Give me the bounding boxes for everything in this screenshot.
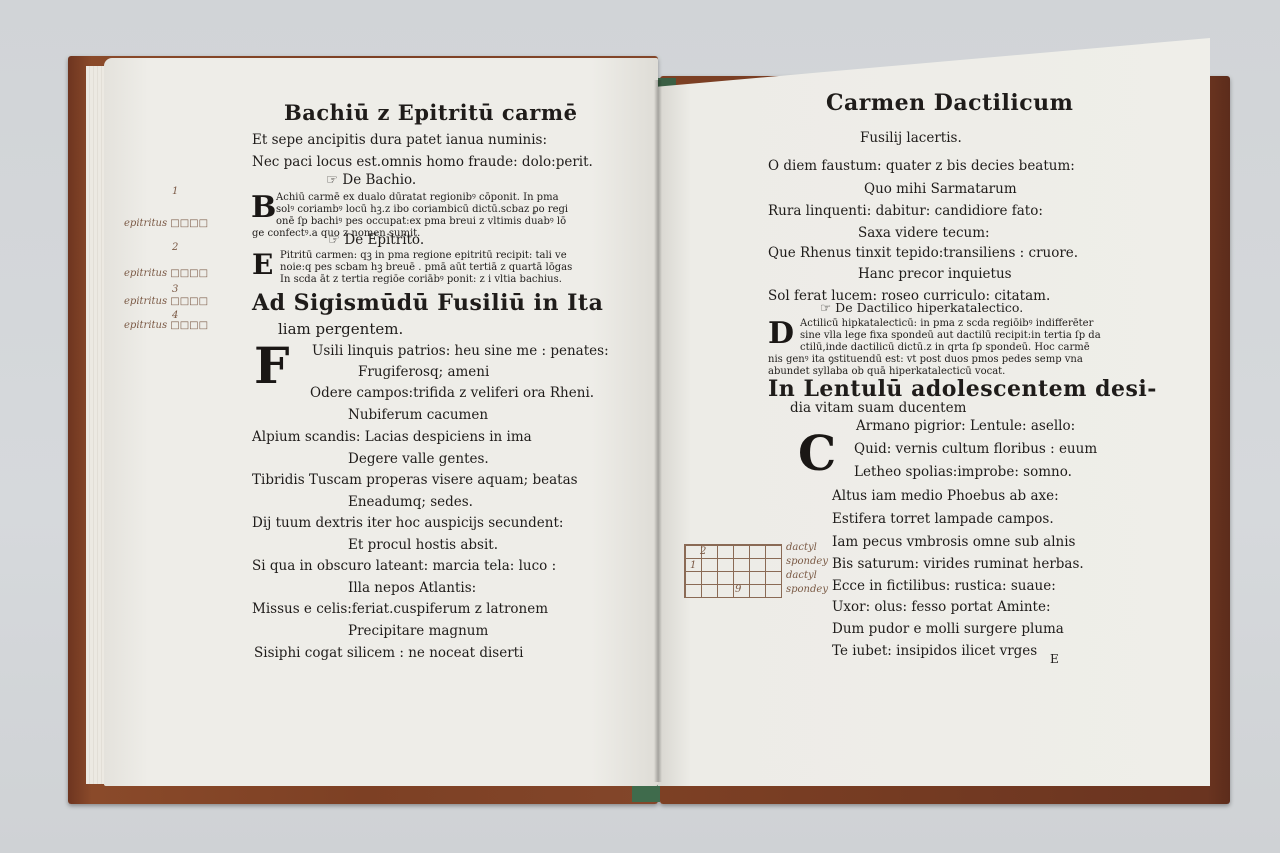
poem-line: Illa nepos Atlantis: xyxy=(348,580,476,596)
bachio-line: solꝰ coriambꝰ locū hꝫ.z ibo coriambicū d… xyxy=(276,204,568,215)
poem-line: Dij tuum dextris iter hoc auspicijs secu… xyxy=(252,515,563,531)
poem-line: Te iubet: insipidos ilicet vrges xyxy=(832,643,1037,659)
poem-line: Estifera torret lampade campos. xyxy=(832,511,1054,527)
poem-line: Si qua in obscuro lateant: marcia tela: … xyxy=(252,558,556,574)
poem-line: Letheo spolias:improbe: somno. xyxy=(854,464,1072,480)
poem-line: Bis saturum: virides ruminat herbas. xyxy=(832,556,1084,572)
margin-note: epitritus □□□□ xyxy=(124,268,208,279)
subhead-epitrito: ☞ De Epitrito. xyxy=(328,232,424,248)
poem-line: Missus e celis:feriat.cuspiferum z latro… xyxy=(252,601,548,617)
dactilico-line: Actilicū hipkatalecticū: in pma z scda r… xyxy=(800,318,1093,329)
initial-f: F xyxy=(254,336,290,395)
right-line: Fusilij lacertis. xyxy=(860,130,962,146)
initial-e: E xyxy=(252,248,273,281)
grid-number: 9 xyxy=(735,584,741,595)
dactilico-line: ctilū,inde dactilicū dictū.z in qrta ſp … xyxy=(800,342,1090,353)
poem-line: Dum pudor e molli surgere pluma xyxy=(832,621,1064,637)
right-heading: Carmen Dactilicum xyxy=(826,90,1073,116)
left-heading: Bachiū z Epitritū carmē xyxy=(284,100,577,125)
margin-note: spondey xyxy=(786,584,828,595)
poem-line: Degere valle gentes. xyxy=(348,451,489,467)
right-line: O diem faustum: quater z bis decies beat… xyxy=(768,158,1075,174)
bachio-line: Achiū carmē ex dualo dūratat regionibꝰ c… xyxy=(276,192,559,203)
right-line: Rura linquenti: dabitur: candidiore fato… xyxy=(768,203,1043,219)
margin-note: spondey xyxy=(786,556,828,567)
epitrito-line: In scda āt z tertia regiōe coriābꝰ ponit… xyxy=(280,274,562,285)
poem-line: Nubiferum cacumen xyxy=(348,407,488,423)
right-line: Quo mihi Sarmatarum xyxy=(864,181,1017,197)
margin-note: 1 xyxy=(172,186,178,197)
initial-b: B xyxy=(251,190,276,225)
poem-line: Tibridis Tuscam properas visere aquam; b… xyxy=(252,472,578,488)
left-line: Et sepe ancipitis dura patet ianua numin… xyxy=(252,132,547,148)
poem-line: Uxor: olus: fesso portat Aminte: xyxy=(832,599,1051,615)
poem-line: Quid: vernis cultum floribus : euum xyxy=(854,441,1097,457)
margin-note: dactyl xyxy=(786,570,817,581)
poem-line: Frugiferosq; ameni xyxy=(358,364,489,380)
initial-d: D xyxy=(768,316,794,351)
right-line: Saxa videre tecum: xyxy=(858,225,990,241)
dactilico-line: nis genꝰ ita ꝯstituendū est: vt post duo… xyxy=(768,354,1083,365)
bachio-line: onē ſp bachiꝰ pes occupat:ex pma breui z… xyxy=(276,216,566,227)
grid-number: 1 xyxy=(690,560,696,571)
right-poem-title: In Lentulū adolescentem desi- xyxy=(768,376,1157,402)
poem-line: Precipitare magnum xyxy=(348,623,488,639)
margin-note: epitritus □□□□ xyxy=(124,218,208,229)
poem-line: Et procul hostis absit. xyxy=(348,537,498,553)
poem-line: Sisiphi cogat silicem : ne noceat disert… xyxy=(254,645,523,661)
poem-line: Usili linquis patrios: heu sine me : pen… xyxy=(312,343,609,359)
poem-line: Armano pigrior: Lentule: asello: xyxy=(856,418,1075,434)
poem-line: Iam pecus vmbrosis omne sub alnis xyxy=(832,534,1075,550)
right-line: Hanc precor inquietus xyxy=(858,266,1012,282)
poem-line: Ecce in fictilibus: rustica: suaue: xyxy=(832,578,1056,594)
initial-c: C xyxy=(798,426,836,482)
subhead-bachio: ☞ De Bachio. xyxy=(326,172,416,188)
poem-line: Eneadumq; sedes. xyxy=(348,494,473,510)
subhead-dactilico: ☞ De Dactilico hiperkatalectico. xyxy=(820,300,1023,315)
margin-note: 2 xyxy=(172,242,178,253)
left-line: Nec paci locus est.omnis homo fraude: do… xyxy=(252,154,593,170)
epitrito-line: Pitritū carmen: qꝫ in pma regione epitri… xyxy=(280,250,567,261)
right-poem-title-2: dia vitam suam ducentem xyxy=(790,400,966,416)
left-poem-title-2: liam pergentem. xyxy=(278,320,403,338)
poem-line: Altus iam medio Phoebus ab axe: xyxy=(832,488,1059,504)
right-line: Que Rhenus tinxit tepido:transiliens : c… xyxy=(768,245,1078,261)
poem-line: Odere campos:trifida z veliferi ora Rhen… xyxy=(310,385,594,401)
metrical-grid-annotation xyxy=(684,544,782,598)
margin-note: epitritus □□□□ xyxy=(124,296,208,307)
gutter-shadow xyxy=(654,80,662,782)
grid-number: 2 xyxy=(700,546,706,557)
margin-note: dactyl xyxy=(786,542,817,553)
poem-line: Alpium scandis: Lacias despiciens in ima xyxy=(252,429,532,445)
dactilico-line: sine vlla lege fixa spondeū aut dactilū … xyxy=(800,330,1101,341)
left-poem-title: Ad Sigismūdū Fusiliū in Ita xyxy=(252,290,603,316)
margin-note: epitritus □□□□ xyxy=(124,320,208,331)
signature-mark: E xyxy=(1050,652,1059,666)
epitrito-line: noie:q pes scbam hꝫ breuē . pmā aūt tert… xyxy=(280,262,572,273)
margin-note: 3 xyxy=(172,284,178,295)
